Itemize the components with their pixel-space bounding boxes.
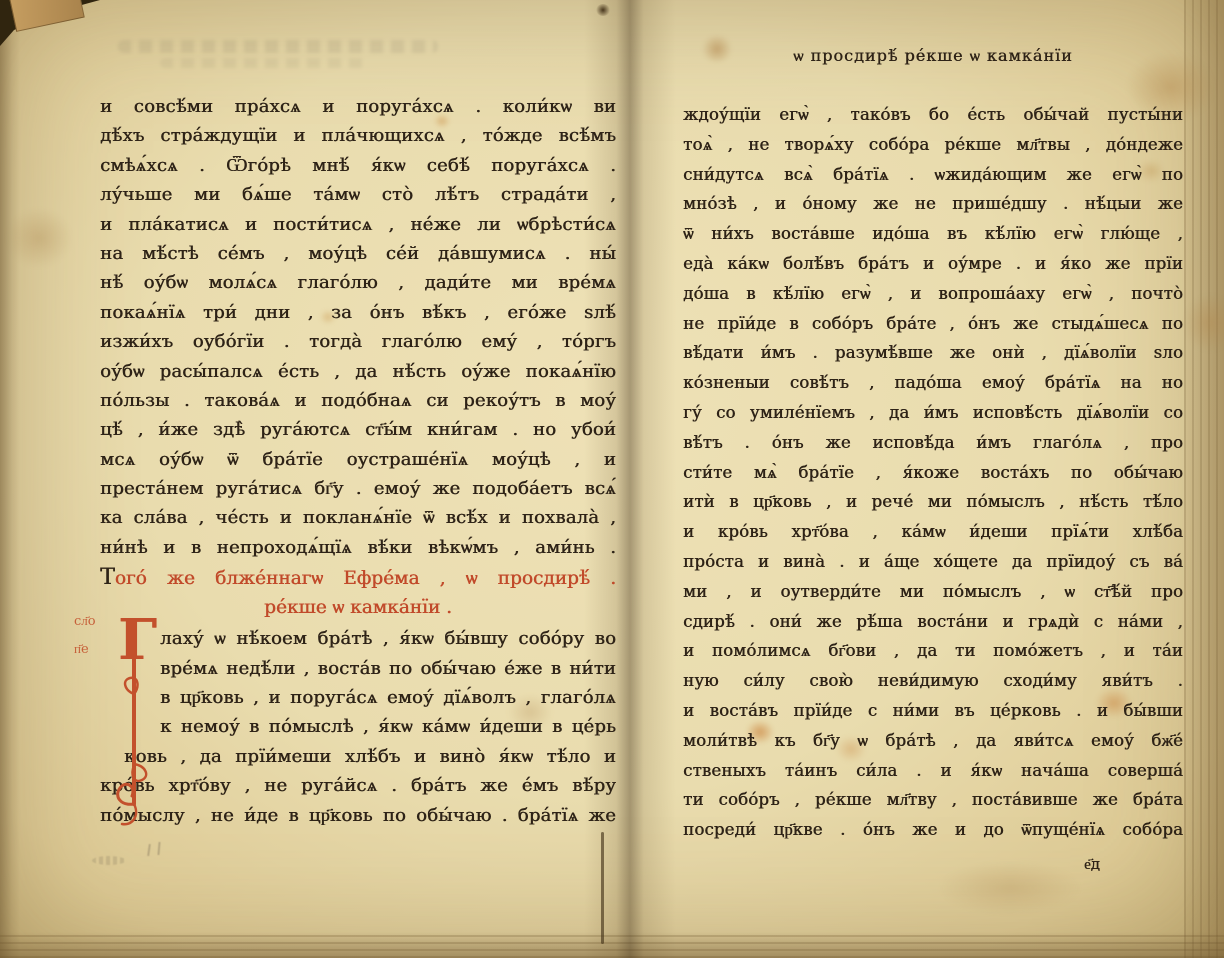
text-line: к немоу́ в по́мыслѣ , я́кѡ ка́мѡ и́деши … (100, 712, 616, 741)
text-line: еда̀ ка́кѡ болѣ́въ бра́тъ и оу́мре . и я… (683, 249, 1183, 279)
text-line: вре́мѧ недѣ́ли , воста́в по обы́чаю е́же… (100, 654, 616, 683)
text-line: ственыхъ та́инъ си́ла . и я́кѡ нача́ша с… (683, 756, 1183, 786)
text-line: моли́твѣ къ бг҃у ѡ бра́тѣ , да яви́тсѧ е… (683, 726, 1183, 756)
text-line: мно́зѣ , и о́ному же не прише́дшу . нѣ́ц… (683, 189, 1183, 219)
text-line: изжи́хъ оубо́гїи . тогда̀ глаго́лю ему́ … (100, 327, 616, 356)
text-line: и пла́катисѧ и пости́тисѧ , не́же ли ѡбр… (100, 210, 616, 239)
text-line: преста́нем руга́тисѧ бг҃у . емоу́ же под… (100, 474, 616, 503)
text-line: гу́ со умиле́нїемъ , да и́мъ исповѣ́сть … (683, 398, 1183, 428)
text-line: до́ша в кѣ́лїю егѡ̀ , и вопроша́аху егѡ̀… (683, 279, 1183, 309)
text-line: и совсѣ́ми пра́хсѧ и поруга́хсѧ . коли́к… (100, 92, 616, 121)
rubric-heading: Того́ же блже́ннагѡ Ефре́ма , ѡ просдирѣ… (100, 562, 616, 593)
heading-text: ого́ же блже́ннагѡ Ефре́ма , ѡ просдирѣ́… (115, 568, 616, 589)
text-line: ти собо́ръ , ре́кше мл҃тву , поста́вивше… (683, 785, 1183, 815)
rubric-heading-line2: ре́кше ѡ камка́нїи . (100, 593, 616, 623)
text-line: ную си́лу свою̀ неви́димую сходи́му яви́… (683, 666, 1183, 696)
text-line: ка сла́ва , че́сть и покланѧ́нїе ѿ всѣ́х… (100, 503, 616, 532)
text-line: смѣѧ́хсѧ . Ѿго́рѣ мнѣ́ я́кѡ себѣ́ поруга… (100, 151, 616, 180)
text-line: не прїи́де в собо́ръ бра́те , о́нъ же ст… (683, 309, 1183, 339)
text-line: по́мыслу , не и́де в цр҃ковь по обы́чаю … (100, 801, 616, 830)
right-page-text-block: ждоу́щїи егѡ̀ , тако́въ бо е́сть обы́чай… (683, 100, 1183, 845)
text-line: ѿ ни́хъ воста́вше идо́ша въ кѣ́лїю егѡ̀ … (683, 219, 1183, 249)
text-line: ми , и оутверди́те ми по́мыслъ , ѡ ст҃ѣ́… (683, 577, 1183, 607)
text-line: в цр҃ковь , и поруга́сѧ емоу́ дїѧ́волъ ,… (100, 683, 616, 712)
margin-note-line: сл҃о (74, 614, 104, 630)
ornate-initial: Г (110, 614, 166, 829)
text-line: цѣ́ , и́же здѣ̀ руга́ютсѧ ст҃ы́м кни́гам… (100, 415, 616, 444)
text-line: и воста́въ прїи́де с ни́ми въ це́рковь .… (683, 696, 1183, 726)
text-line: лу́чьше ми бѧ́ше та́мѡ сто̀ лѣ́тъ страда… (100, 180, 616, 209)
text-line: сти́те мѧ̀ бра́тїе , я́коже воста́хъ по … (683, 458, 1183, 488)
text-line: про́ста и вина̀ . и а́ще хо́щете да прїи… (683, 547, 1183, 577)
text-line: на мѣ́стѣ се́мъ , моу́цѣ се́й да́вшумисѧ… (100, 239, 616, 268)
text-line: по́льзы . такова́ѧ и подо́бнаѧ си рекоу́… (100, 386, 616, 415)
text-line: ни́нѣ и в непроходѧ́щїѧ вѣ́ки вѣкѡ́мъ , … (100, 533, 616, 562)
text-line: вѣ́тъ . о́нъ же исповѣ́да и́мъ глаго́лѧ … (683, 428, 1183, 458)
text-line: покаѧ́нїѧ три́ дни , за о́нъ вѣ́къ , его… (100, 298, 616, 327)
right-foredge-page-stack (1184, 0, 1224, 958)
book-spread-photo: и совсѣ́ми пра́хсѧ и поруга́хсѧ . коли́к… (0, 0, 1224, 958)
text-line: и помо́лимсѧ бг҃ови , да ти помо́жетъ , … (683, 636, 1183, 666)
foxing-stain (940, 862, 1080, 914)
folio-signature: е҃д (1084, 855, 1100, 874)
initial-flourish (110, 654, 166, 834)
ink-spot (596, 4, 610, 16)
gutter-crease-line (601, 832, 604, 944)
text-line: ждоу́щїи егѡ̀ , тако́въ бо е́сть обы́чай… (683, 100, 1183, 130)
text-line: сни́дутсѧ всѧ̀ бра́тїѧ . ѡжида́ющим же е… (683, 160, 1183, 190)
text-line: дѣ́хъ стра́ждущїи и пла́чющихсѧ , то́жде… (100, 121, 616, 150)
text-line: посреди́ цр҃кве . о́нъ же и до ѿпуще́нїѧ… (683, 815, 1183, 845)
heading-initial: Т (100, 565, 115, 590)
text-line: кро́вь хрт҃о́ву , не руга́йсѧ . бра́тъ ж… (100, 771, 616, 800)
text-line: мсѧ оу́бѡ ѿ бра́тїе оустраше́нїѧ моу́цѣ … (100, 445, 616, 474)
bleed-through-text (118, 40, 438, 53)
bleed-through-text (160, 58, 370, 68)
story-paragraph: лаху́ ѡ нѣ́коем бра́тѣ , я́кѡ бы́вшу соб… (100, 624, 616, 830)
left-page-text-block: и совсѣ́ми пра́хсѧ и поруга́хсѧ . коли́к… (100, 92, 616, 830)
text-line: лаху́ ѡ нѣ́коем бра́тѣ , я́кѡ бы́вшу соб… (100, 624, 616, 653)
text-line: вѣ́дати и́мъ . разумѣ́вше же онѝ , дїѧ́в… (683, 338, 1183, 368)
left-page-edges (0, 0, 20, 958)
margin-note-line: п҃е (74, 642, 104, 658)
running-header: ѡ просдирѣ́ ре́кше ѡ камка́нїи (683, 46, 1183, 66)
margin-note: сл҃о п҃е (74, 614, 104, 670)
text-line: и кро́вь хрт҃о́ва , ка́мѡ и́деши прїѧ́ти… (683, 517, 1183, 547)
text-line: ко́зненыи совѣ́тъ , падо́ша емоу́ бра́тї… (683, 368, 1183, 398)
foxing-stain (6, 208, 72, 268)
text-line: оу́бѡ расы́палсѧ е́сть , да нѣ́сть оу́же… (100, 357, 616, 386)
text-line: тоѧ̀ , не творѧ́ху собо́ра ре́кше мл҃твы… (683, 130, 1183, 160)
text-line: нѣ́ оу́бѡ молѧ́сѧ глаго́лю , дади́те ми … (100, 268, 616, 297)
text-line: сдирѣ́ . они́ же рѣ́ша воста́ни и грѧдѝ … (683, 607, 1183, 637)
text-line: итѝ в цр҃ковь , и рече́ ми по́мыслъ , нѣ… (683, 487, 1183, 517)
text-line: ковь , да прїи́меши хлѣ́бъ и вино̀ я́кѡ … (100, 742, 616, 771)
pencil-smudge (92, 856, 126, 865)
